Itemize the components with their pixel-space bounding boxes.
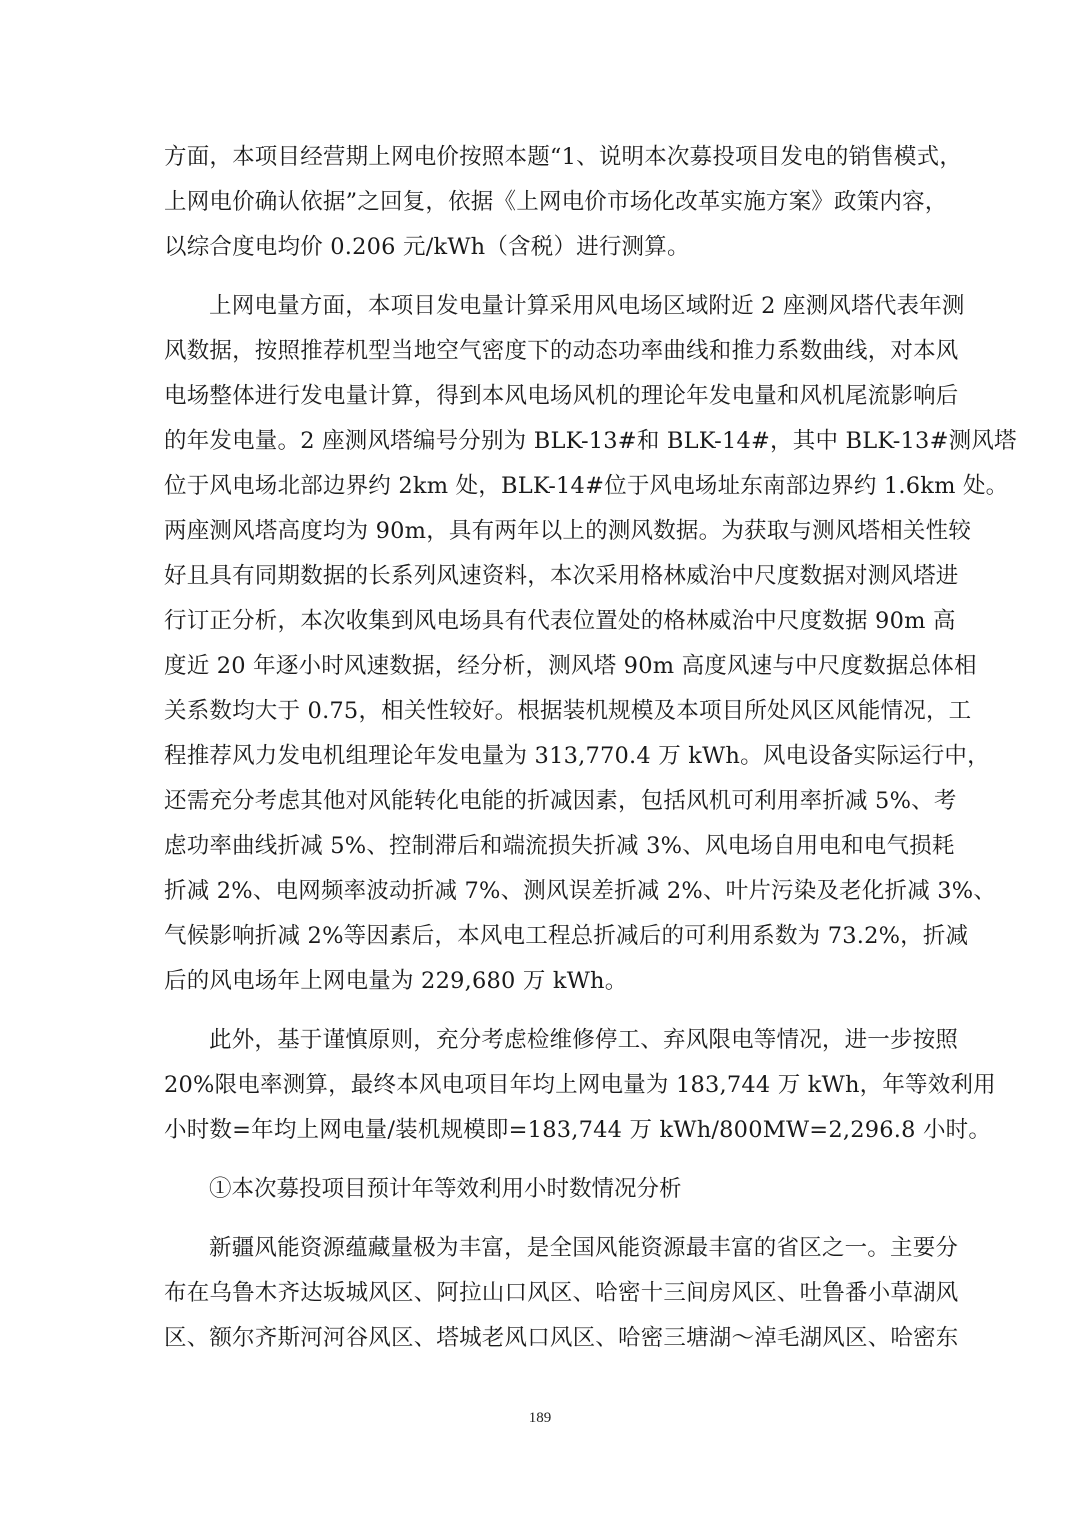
text-line: 虑功率曲线折减 5%、控制滞后和端流损失折减 3%、风电场自用电和电气损耗	[164, 824, 916, 869]
text-line: 两座测风塔高度均为 90m，具有两年以上的测风数据。为获取与测风塔相关性较	[164, 509, 916, 554]
text-line: 20%限电率测算，最终本风电项目年均上网电量为 183,744 万 kWh，年等…	[164, 1063, 916, 1108]
paragraph-spacer	[164, 1153, 916, 1167]
text-line: 好且具有同期数据的长系列风速资料，本次采用格林威治中尺度数据对测风塔进	[164, 554, 916, 599]
text-line: 的年发电量。2 座测风塔编号分别为 BLK-13#和 BLK-14#，其中 BL…	[164, 419, 916, 464]
text-line: 行订正分析，本次收集到风电场具有代表位置处的格林威治中尺度数据 90m 高	[164, 599, 916, 644]
text-line: 关系数均大于 0.75，相关性较好。根据装机规模及本项目所处风区风能情况，工	[164, 689, 916, 734]
paragraph-spacer	[164, 270, 916, 284]
text-line: 气候影响折减 2%等因素后，本风电工程总折减后的可利用系数为 73.2%，折减	[164, 914, 916, 959]
text-line: 位于风电场北部边界约 2km 处，BLK-14#位于风电场址东南部边界约 1.6…	[164, 464, 916, 509]
text-line: 电场整体进行发电量计算，得到本风电场风机的理论年发电量和风机尾流影响后	[164, 374, 916, 419]
paragraph-xinjiang-wind-resources: 新疆风能资源蕴藏量极为丰富，是全国风能资源最丰富的省区之一。主要分 布在乌鲁木齐…	[164, 1226, 916, 1361]
text-line: 方面，本项目经营期上网电价按照本题“1、说明本次募投项目发电的销售模式，	[164, 135, 916, 180]
text-line: 此外，基于谨慎原则，充分考虑检维修停工、弃风限电等情况，进一步按照	[164, 1018, 916, 1063]
text-line: 风数据，按照推荐机型当地空气密度下的动态功率曲线和推力系数曲线，对本风	[164, 329, 916, 374]
paragraph-electricity-price: 方面，本项目经营期上网电价按照本题“1、说明本次募投项目发电的销售模式， 上网电…	[164, 135, 916, 270]
text-line: 上网电价确认依据”之回复，依据《上网电价市场化改革实施方案》政策内容，	[164, 180, 916, 225]
section-subheading: ①本次募投项目预计年等效利用小时数情况分析	[164, 1167, 916, 1212]
text-line: 折减 2%、电网频率波动折减 7%、测风误差折减 2%、叶片污染及老化折减 3%…	[164, 869, 916, 914]
text-line: 以综合度电均价 0.206 元/kWh（含税）进行测算。	[164, 225, 916, 270]
text-line: 后的风电场年上网电量为 229,680 万 kWh。	[164, 959, 916, 1004]
text-line: 区、额尔齐斯河河谷风区、塔城老风口风区、哈密三塘湖～淖毛湖风区、哈密东	[164, 1316, 916, 1361]
document-page: 方面，本项目经营期上网电价按照本题“1、说明本次募投项目发电的销售模式， 上网电…	[164, 135, 916, 1361]
paragraph-curtailment: 此外，基于谨慎原则，充分考虑检维修停工、弃风限电等情况，进一步按照 20%限电率…	[164, 1018, 916, 1153]
text-line: 上网电量方面，本项目发电量计算采用风电场区域附近 2 座测风塔代表年测	[164, 284, 916, 329]
text-line: 小时数=年均上网电量/装机规模即=183,744 万 kWh/800MW=2,2…	[164, 1108, 916, 1153]
paragraph-spacer	[164, 1004, 916, 1018]
paragraph-spacer	[164, 1212, 916, 1226]
text-line: 还需充分考虑其他对风能转化电能的折减因素，包括风机可利用率折减 5%、考	[164, 779, 916, 824]
paragraph-grid-volume: 上网电量方面，本项目发电量计算采用风电场区域附近 2 座测风塔代表年测 风数据，…	[164, 284, 916, 1004]
text-line: 布在乌鲁木齐达坂城风区、阿拉山口风区、哈密十三间房风区、吐鲁番小草湖风	[164, 1271, 916, 1316]
text-line: 程推荐风力发电机组理论年发电量为 313,770.4 万 kWh。风电设备实际运…	[164, 734, 916, 779]
text-line: 新疆风能资源蕴藏量极为丰富，是全国风能资源最丰富的省区之一。主要分	[164, 1226, 916, 1271]
text-line: 度近 20 年逐小时风速数据，经分析，测风塔 90m 高度风速与中尺度数据总体相	[164, 644, 916, 689]
page-number: 189	[0, 1410, 1080, 1427]
